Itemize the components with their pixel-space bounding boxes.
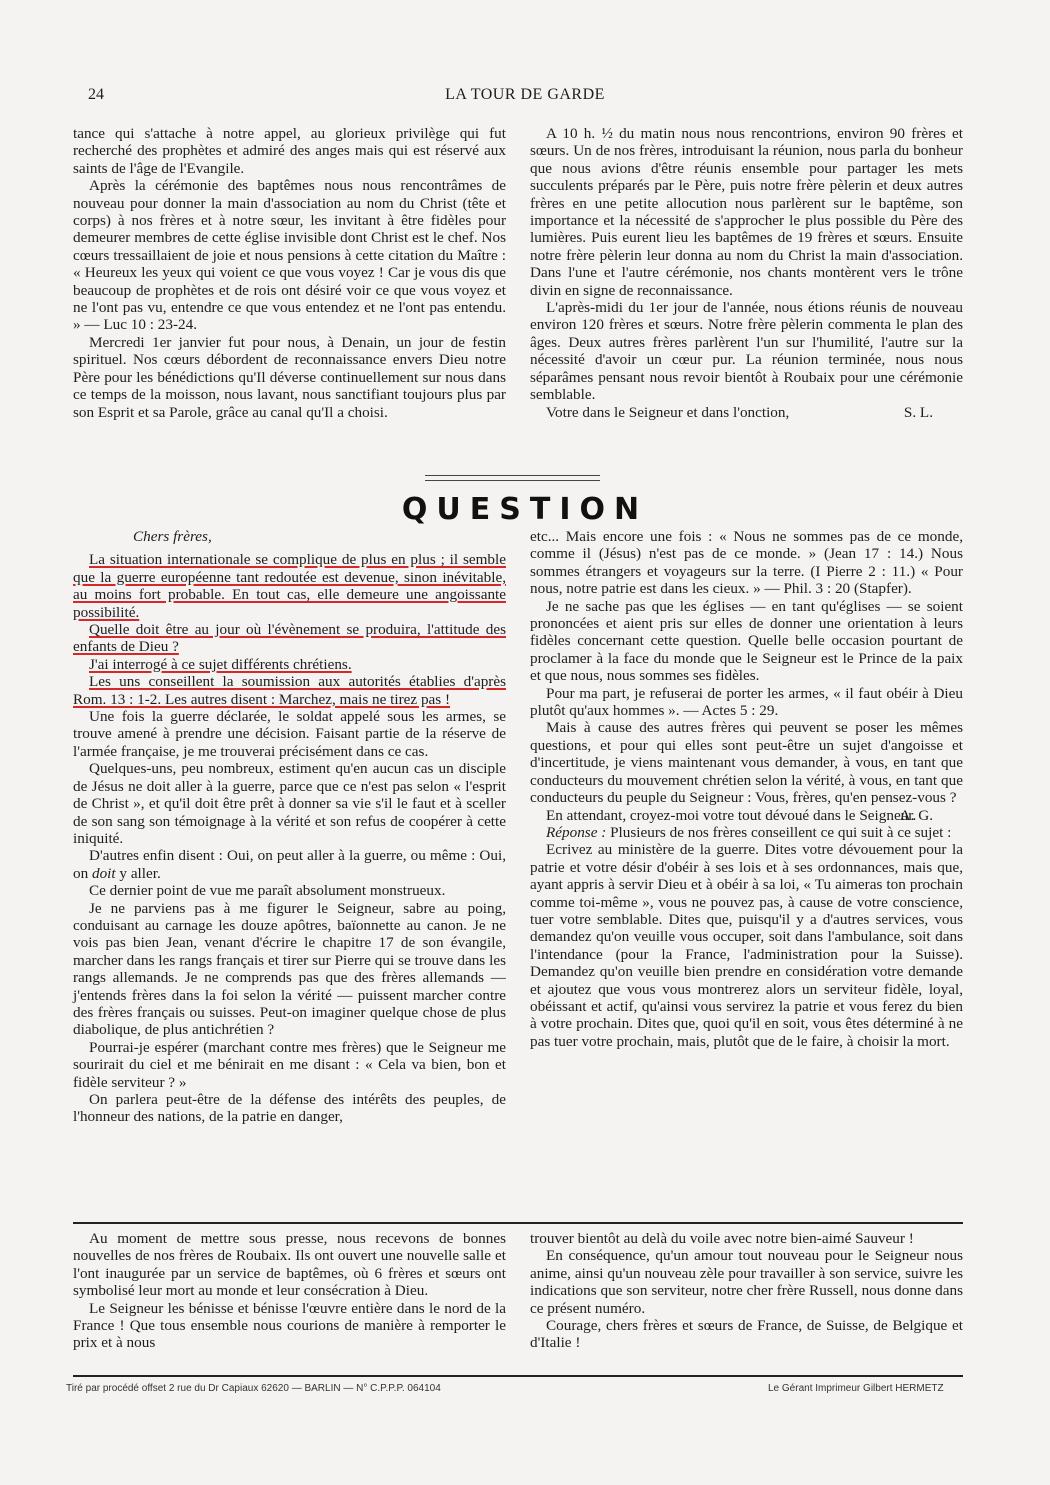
paragraph: Une fois la guerre déclarée, le soldat a…: [73, 708, 506, 760]
paragraph: L'après-midi du 1er jour de l'année, nou…: [530, 299, 963, 403]
underlined-text: Quelle doit être au jour où l'évènement …: [73, 621, 506, 655]
paragraph: tance qui s'attache à notre appel, au gl…: [73, 125, 506, 177]
article-continuation-left-column: tance qui s'attache à notre appel, au gl…: [73, 125, 506, 421]
paragraph-underlined: Les uns conseillent la soumission aux au…: [73, 673, 506, 708]
signature: A. G.: [900, 807, 933, 824]
paragraph: Je ne parviens pas à me figurer le Seign…: [73, 900, 506, 1039]
paragraph-underlined: La situation internationale se complique…: [73, 551, 506, 621]
news-left-column: Au moment de mettre sous presse, nous re…: [73, 1230, 506, 1352]
paragraph-underlined: J'ai interrogé à ce sujet différents chr…: [73, 656, 506, 673]
section-title: QUESTION: [0, 492, 1050, 527]
journal-title: LA TOUR DE GARDE: [72, 86, 978, 104]
section-divider: [425, 475, 600, 481]
underlined-text: J'ai interrogé à ce sujet différents chr…: [89, 656, 352, 673]
article-continuation-right-column: A 10 h. ½ du matin nous nous rencontrion…: [530, 125, 963, 421]
answer-intro: Réponse : Plusieurs de nos frères consei…: [530, 824, 963, 841]
paragraph: Mercredi 1er janvier fut pour nous, à De…: [73, 334, 506, 421]
question-left-column: Chers frères, La situation international…: [73, 528, 506, 1126]
salutation: Chers frères,: [73, 528, 506, 545]
paragraph: Ce dernier point de vue me paraît absolu…: [73, 882, 506, 899]
emphasis: doit: [92, 865, 116, 882]
closing-paragraph: En attendant, croyez-moi votre tout dévo…: [530, 807, 963, 824]
printer-imprint: Tiré par procédé offset 2 rue du Dr Capi…: [66, 1383, 441, 1394]
paragraph: Pour ma part, je refuserai de porter les…: [530, 685, 963, 720]
paragraph: Pourrai-je espérer (marchant contre mes …: [73, 1039, 506, 1091]
paragraph: En conséquence, qu'un amour tout nouveau…: [530, 1247, 963, 1317]
answer-label: Réponse :: [546, 824, 606, 841]
paragraph: Je ne sache pas que les églises — en tan…: [530, 598, 963, 685]
paragraph: Mais à cause des autres frères qui peuve…: [530, 719, 963, 806]
paragraph: etc... Mais encore une fois : « Nous ne …: [530, 528, 963, 598]
closing-line: Votre dans le Seigneur et dans l'onction…: [530, 404, 963, 421]
horizontal-rule: [73, 1375, 963, 1377]
paragraph: Courage, chers frères et sœurs de France…: [530, 1317, 963, 1352]
answer-paragraph: Ecrivez au ministère de la guerre. Dites…: [530, 841, 963, 1050]
manager-imprint: Le Gérant Imprimeur Gilbert HERMETZ: [768, 1383, 944, 1394]
paragraph: Quelques-uns, peu nombreux, estiment qu'…: [73, 760, 506, 847]
paragraph: trouver bientôt au delà du voile avec no…: [530, 1230, 963, 1247]
paragraph-underlined: Quelle doit être au jour où l'évènement …: [73, 621, 506, 656]
page-header: 24 LA TOUR DE GARDE: [72, 86, 978, 108]
paragraph: Après la cérémonie des baptêmes nous nou…: [73, 177, 506, 334]
paragraph: Le Seigneur les bénisse et bénisse l'œuv…: [73, 1300, 506, 1352]
closing-text: Votre dans le Seigneur et dans l'onction…: [530, 404, 789, 421]
paragraph: A 10 h. ½ du matin nous nous rencontrion…: [530, 125, 963, 299]
paragraph: D'autres enfin disent : Oui, on peut all…: [73, 847, 506, 882]
underlined-text: La situation internationale se complique…: [73, 551, 506, 620]
paragraph: Au moment de mettre sous presse, nous re…: [73, 1230, 506, 1300]
underlined-text: Les uns conseillent la soumission aux au…: [73, 673, 506, 707]
signature: S. L.: [888, 404, 933, 421]
question-right-column: etc... Mais encore une fois : « Nous ne …: [530, 528, 963, 1050]
horizontal-rule: [73, 1222, 963, 1224]
paragraph: On parlera peut-être de la défense des i…: [73, 1091, 506, 1126]
news-right-column: trouver bientôt au delà du voile avec no…: [530, 1230, 963, 1352]
